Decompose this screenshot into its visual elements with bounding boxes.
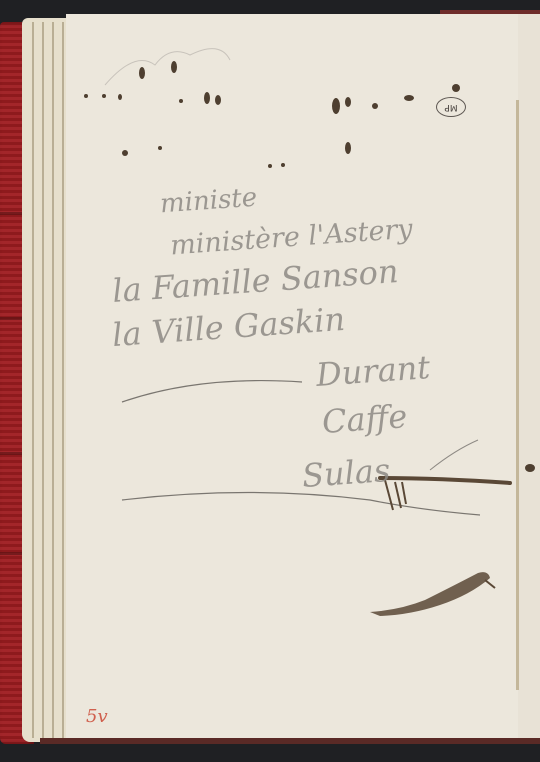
handwritten-line: Caffe (321, 397, 409, 441)
handwritten-line: Durant (315, 348, 431, 394)
handwritten-line: Sulas (301, 451, 392, 495)
library-stamp: MP (436, 97, 466, 117)
folio-number: 5v (86, 706, 108, 727)
